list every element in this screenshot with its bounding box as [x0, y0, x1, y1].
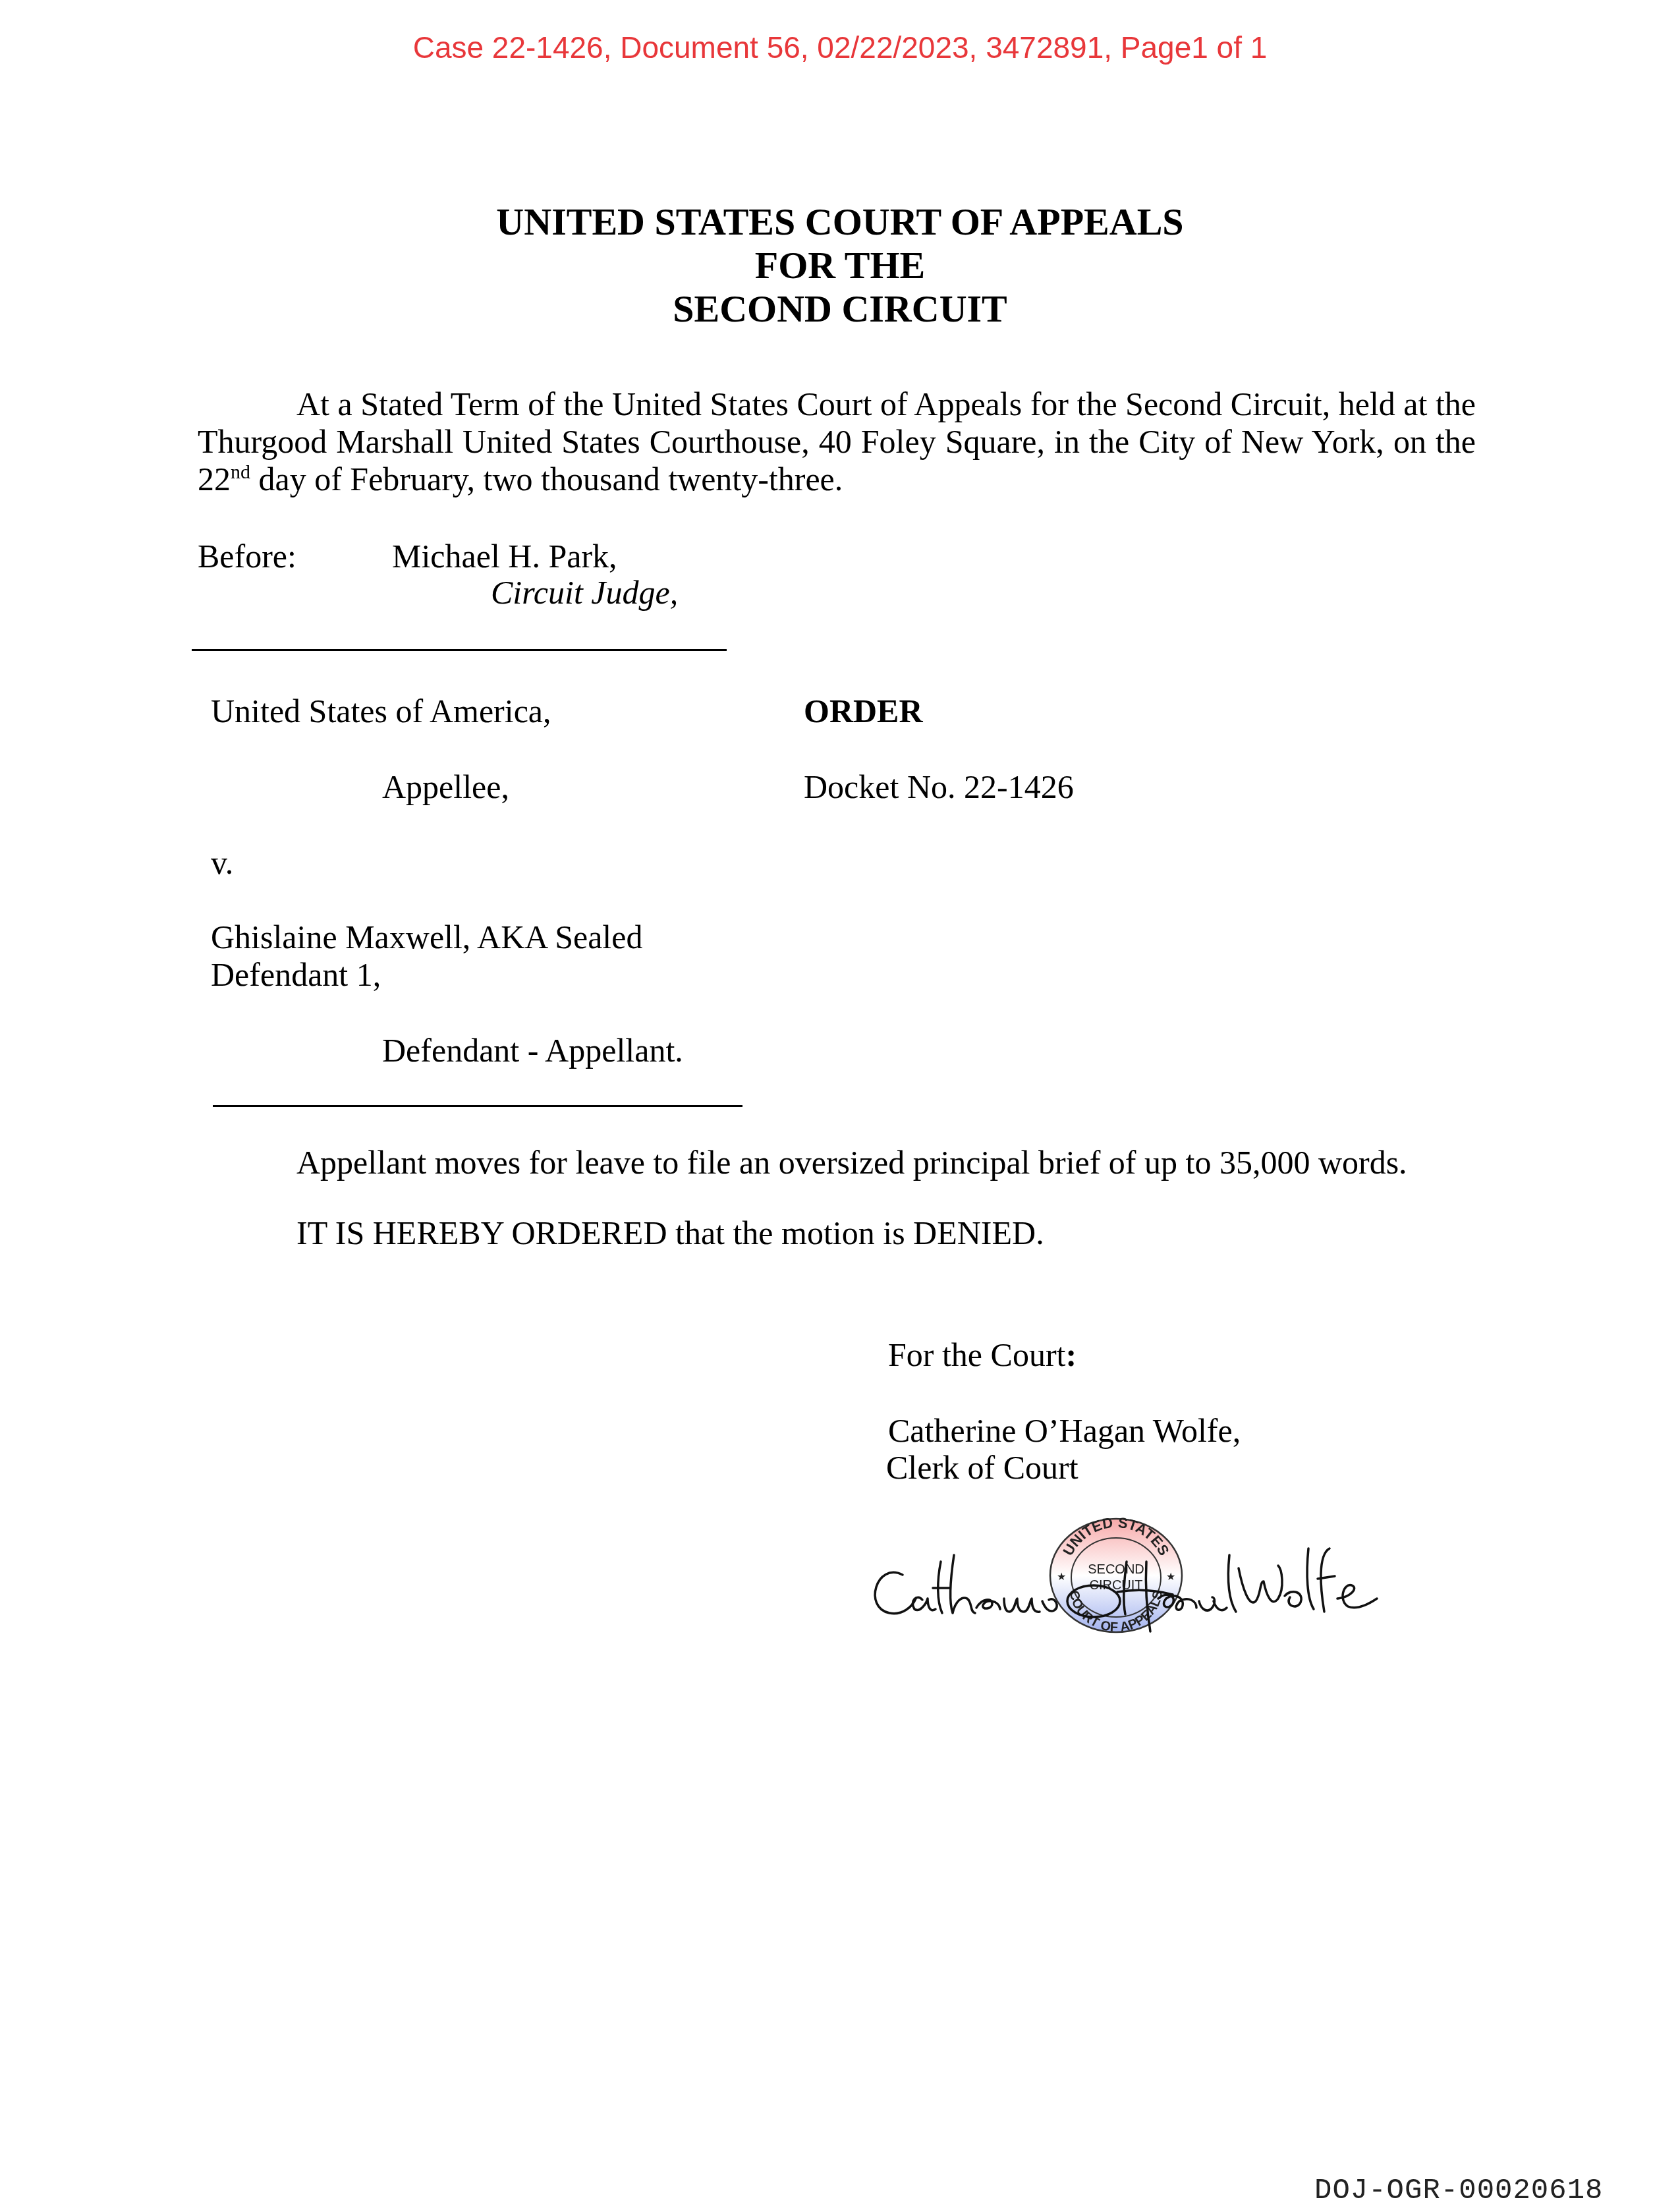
preamble-paragraph: At a Stated Term of the United States Co…	[198, 385, 1476, 498]
preamble-day: 22	[198, 461, 231, 497]
clerk-title: Clerk of Court	[886, 1448, 1078, 1487]
preamble-line-1: At a Stated Term of the United States Co…	[296, 385, 1476, 422]
panel-label: Before:	[198, 537, 296, 575]
clerk-name: Catherine O’Hagan Wolfe,	[888, 1411, 1241, 1450]
defendant-name-line-1: Ghislaine Maxwell, AKA Sealed	[211, 918, 642, 956]
clerk-signature	[863, 1535, 1416, 1634]
document-page: Case 22-1426, Document 56, 02/22/2023, 3…	[0, 0, 1680, 2212]
preamble-line-2: Thurgood Marshall United States Courthou…	[198, 423, 1476, 460]
plaintiff-role: Appellee,	[382, 768, 509, 806]
defendant-role: Defendant - Appellant.	[382, 1031, 683, 1069]
judge-title: Circuit Judge,	[491, 573, 678, 611]
docket-number: Docket No. 22-1426	[804, 768, 1074, 806]
judge-name: Michael H. Park,	[392, 537, 617, 575]
ecf-filing-header: Case 22-1426, Document 56, 02/22/2023, 3…	[0, 29, 1680, 66]
for-the-court: For the Court:	[888, 1336, 1077, 1374]
motion-text: Appellant moves for leave to file an ove…	[296, 1143, 1407, 1181]
caption-top-rule	[192, 649, 727, 651]
ruling-text: IT IS HEREBY ORDERED that the motion is …	[296, 1214, 1044, 1252]
court-title-line-2: FOR THE	[0, 244, 1680, 287]
plaintiff-name: United States of America,	[211, 692, 551, 730]
document-type: ORDER	[804, 692, 923, 730]
for-the-court-label: For the Court	[888, 1336, 1065, 1373]
court-title-line-1: UNITED STATES COURT OF APPEALS	[0, 200, 1680, 244]
defendant-name-line-2: Defendant 1,	[211, 955, 381, 994]
caption-bottom-rule	[213, 1105, 742, 1107]
court-title-line-3: SECOND CIRCUIT	[0, 287, 1680, 331]
for-the-court-colon: :	[1065, 1336, 1077, 1373]
bates-number: DOJ-OGR-00020618	[1314, 2174, 1603, 2207]
versus: v.	[211, 843, 233, 882]
preamble-line-3: day of February, two thousand twenty-thr…	[250, 461, 843, 497]
preamble-day-suffix: nd	[231, 461, 250, 483]
